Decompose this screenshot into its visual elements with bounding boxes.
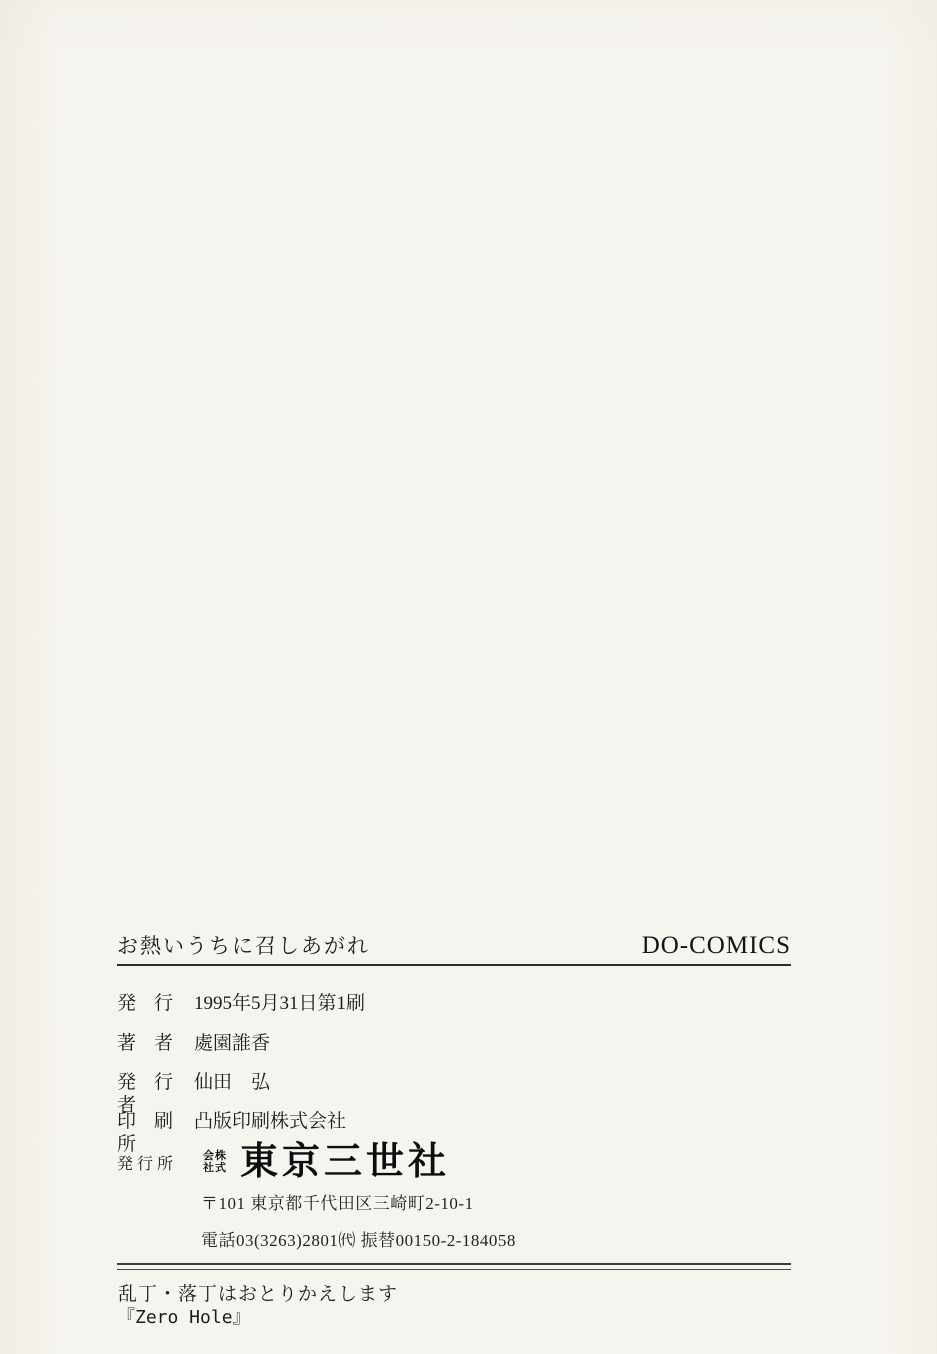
colophon-header: お熱いうちに召しあがれ DO-COMICS	[117, 930, 791, 960]
author-label: 著者	[117, 1032, 173, 1055]
issue-label: 発行	[117, 992, 173, 1015]
issue-value: 1995年5月31日第1刷	[194, 992, 365, 1015]
book-title: お熱いうちに召しあがれ	[117, 930, 370, 960]
author-value: 處園誰香	[194, 1032, 270, 1055]
source-title: 『Zero Hole』	[117, 1303, 251, 1329]
publisher-row: 発行所 会株 社式 東京三世社	[117, 1142, 450, 1182]
publisher-phone: 電話03(3263)2801㈹ 振替00150-2-184058	[201, 1226, 516, 1251]
bottom-double-rule	[117, 1263, 791, 1270]
publisher-name: 東京三世社	[240, 1142, 450, 1182]
publisher-address: 〒101 東京都千代田区三崎町2-10-1	[201, 1189, 474, 1214]
scanned-book-page: お熱いうちに召しあがれ DO-COMICS 発行 1995年5月31日第1刷 著…	[0, 0, 937, 1354]
kabushiki-mark-bottom: 社式	[203, 1162, 227, 1174]
author-row: 著者 處園誰香	[117, 1032, 270, 1055]
return-notice: 乱丁・落丁はおとりかえします	[118, 1279, 398, 1306]
kabushiki-mark-top: 会株	[203, 1150, 227, 1162]
series-label: DO-COMICS	[642, 932, 791, 960]
header-rule	[117, 964, 791, 966]
issue-row: 発行 1995年5月31日第1刷	[117, 992, 365, 1015]
colophon-block: お熱いうちに召しあがれ DO-COMICS 発行 1995年5月31日第1刷 著…	[117, 930, 791, 1340]
kabushiki-gaisha-mark: 会株 社式	[203, 1150, 227, 1174]
publisher-label: 発行所	[117, 1151, 173, 1174]
